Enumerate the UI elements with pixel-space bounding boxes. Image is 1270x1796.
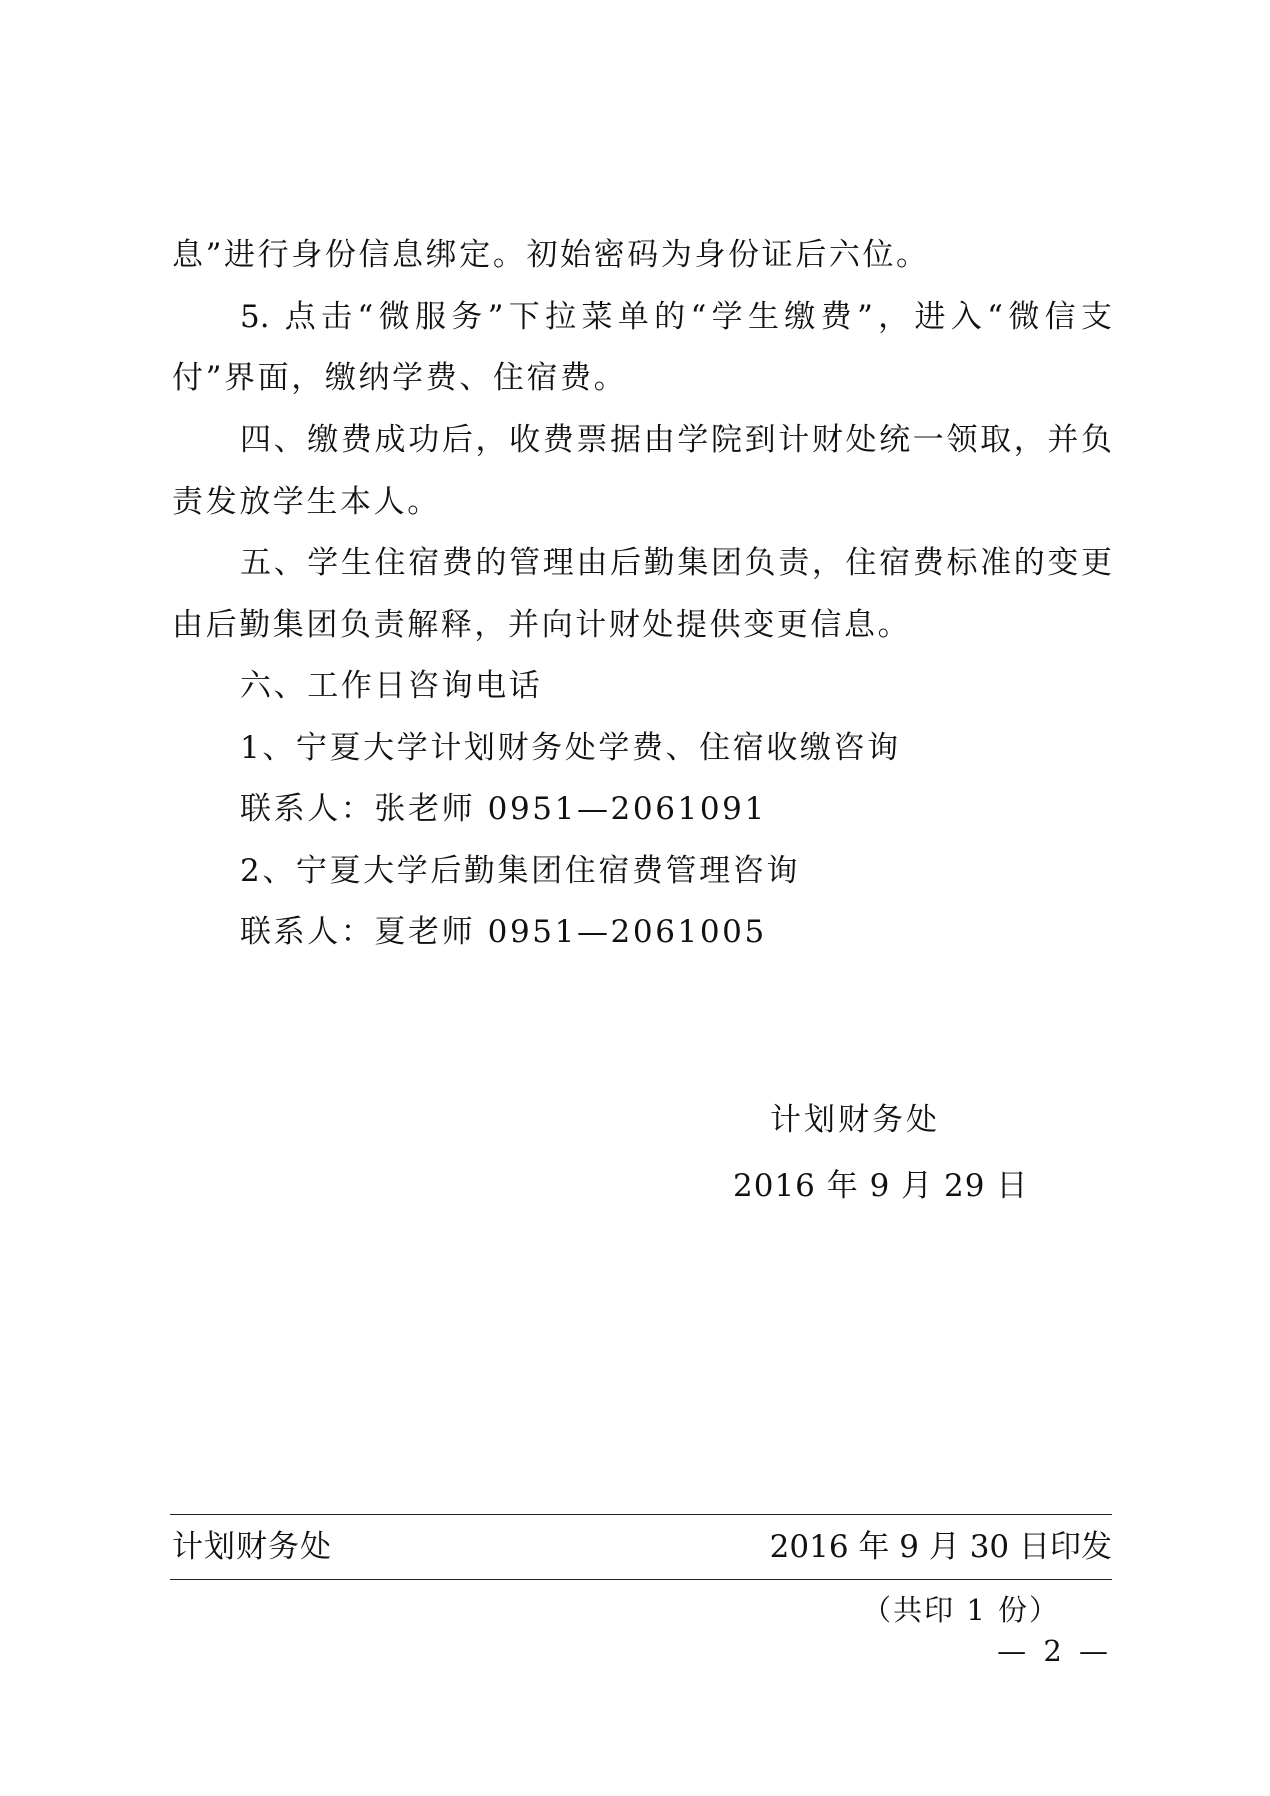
contact-title: 2、宁夏大学后勤集团住宿费管理咨询 <box>240 851 1112 891</box>
paragraph-text-line: 四、缴费成功后，收费票据由学院到计财处统一领取，并负 <box>240 420 1112 460</box>
copies-note: （共印 1 份） <box>862 1590 1060 1630</box>
paragraph-text-line: 由后勤集团负责解释，并向计财处提供变更信息。 <box>172 605 1112 645</box>
paragraph-text-line: 五、学生住宿费的管理由后勤集团负责，住宿费标准的变更 <box>240 543 1112 583</box>
contact-person: 联系人：夏老师 0951—2061005 <box>240 912 1112 952</box>
contact-person: 联系人：张老师 0951—2061091 <box>240 789 1112 829</box>
footer-issue-date: 2016 年 9 月 30 日印发 <box>770 1527 1112 1567</box>
paragraph-text-line: 5. 点击“微服务”下拉菜单的“学生缴费”，进入“微信支 <box>240 297 1112 337</box>
section-heading: 六、工作日咨询电话 <box>240 666 1112 706</box>
paragraph-text-line: 责发放学生本人。 <box>172 482 1112 522</box>
signature-date: 2016 年 9 月 29 日 <box>733 1166 1028 1206</box>
footer-bottom-rule <box>170 1579 1112 1580</box>
page-number: — 2 — <box>997 1631 1112 1671</box>
signature-department: 计划财务处 <box>770 1100 940 1140</box>
contact-title: 1、宁夏大学计划财务处学费、住宿收缴咨询 <box>240 728 1112 768</box>
paragraph-text-line: 付”界面，缴纳学费、住宿费。 <box>172 358 1112 398</box>
document-page: 息”进行身份信息绑定。初始密码为身份证后六位。 5. 点击“微服务”下拉菜单的“… <box>0 0 1270 1796</box>
footer-issuer: 计划财务处 <box>172 1527 332 1567</box>
footer-top-rule <box>170 1514 1112 1515</box>
paragraph-text-line: 息”进行身份信息绑定。初始密码为身份证后六位。 <box>172 235 1112 275</box>
